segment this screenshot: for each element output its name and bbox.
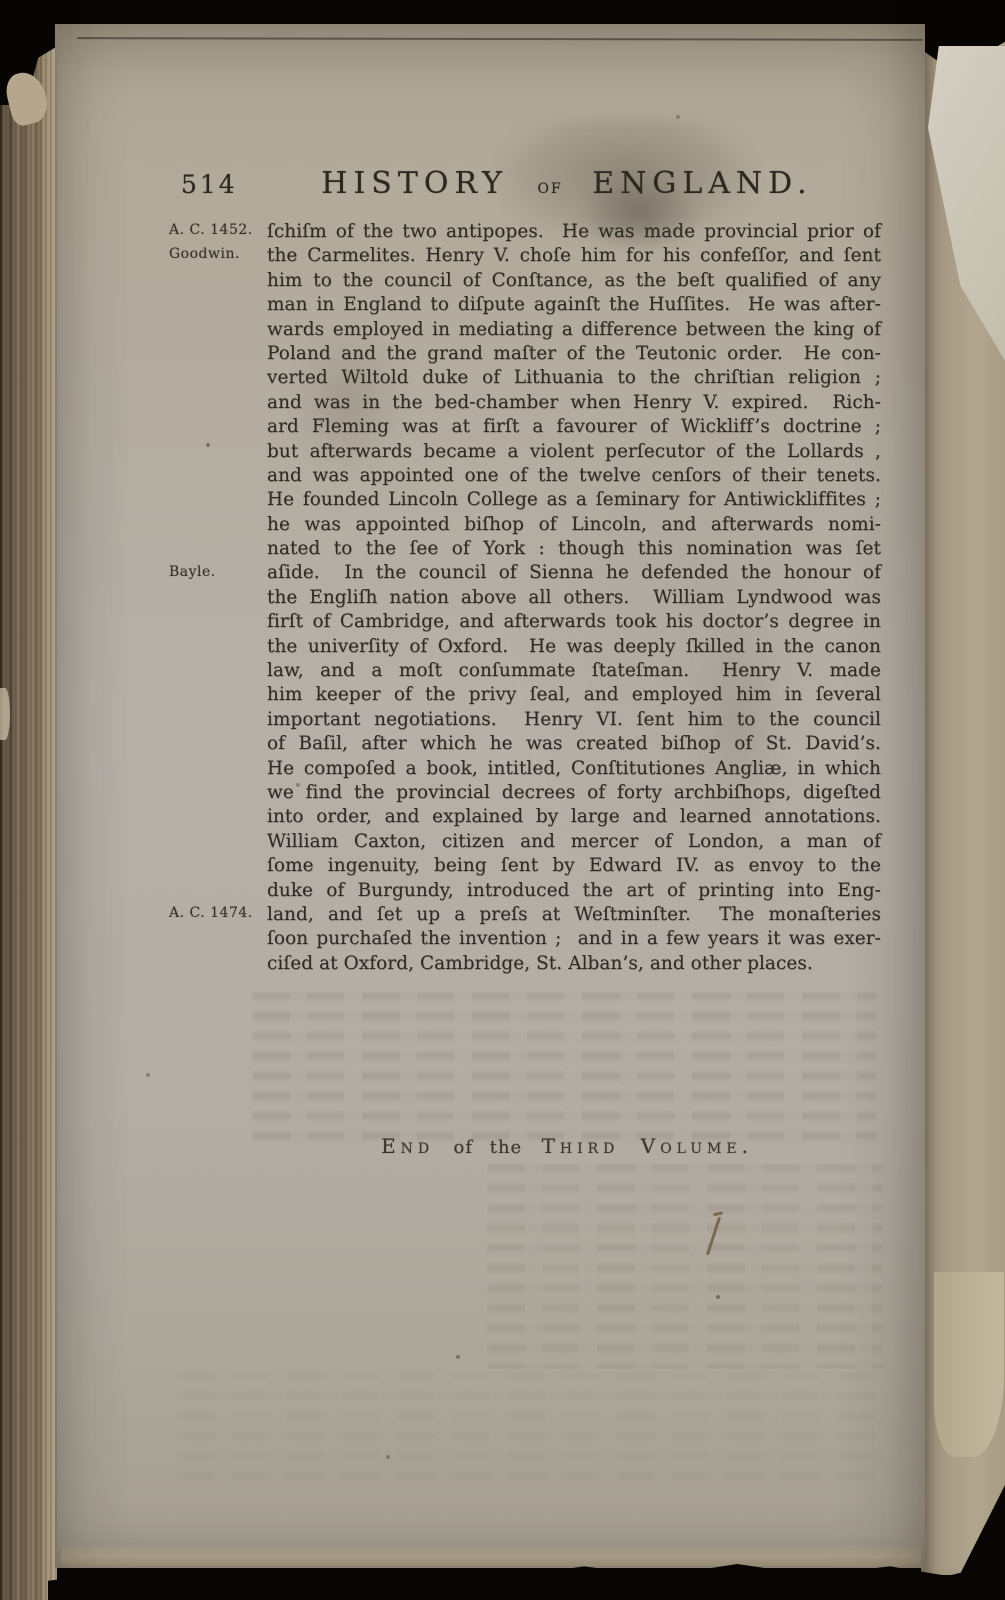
- running-head-word: ENGLAND.: [592, 166, 812, 201]
- body-line: into order, and explained by large and l…: [267, 805, 881, 829]
- page-edge-notch: [0, 688, 10, 740]
- body-line: man in England to diſpute againſt the Hu…: [267, 293, 881, 317]
- body-line: he was appointed biſhop of Lincoln, and …: [267, 513, 881, 537]
- margin-note: A. C. 1452.: [169, 222, 253, 238]
- colophon: End of the Third Volume.: [207, 1134, 927, 1158]
- body-line: ciſed at Oxford, Cambridge, St. Alban’s,…: [267, 952, 881, 976]
- body-line: verted Wiltold duke of Lithuania to the …: [267, 366, 881, 390]
- body-line: and was appointed one of the twelve cenſ…: [267, 464, 881, 488]
- body-line: He compoſed a book, intitled, Conſtituti…: [267, 757, 881, 781]
- body-line: ſome ingenuity, being ſent by Edward IV.…: [267, 854, 881, 878]
- body-line: He founded Lincoln College as a ſeminary…: [267, 488, 881, 512]
- margin-note: Goodwin.: [169, 246, 240, 262]
- ink-mark: [706, 1217, 721, 1256]
- body-line: law, and a moſt conſummate ſtateſman. He…: [267, 659, 881, 683]
- margin-note: A. C. 1474.: [169, 905, 253, 921]
- colophon-word: Third Volume.: [542, 1134, 753, 1158]
- paper-fold-bottom-right: [934, 1272, 1004, 1457]
- body-line: ſchiſm of the two antipopes. He was made…: [267, 220, 881, 244]
- body-line: but afterwards became a violent perſecut…: [267, 440, 881, 464]
- body-line: ſoon purchaſed the invention ; and in a …: [267, 927, 881, 951]
- body-line: Poland and the grand maſter of the Teuto…: [267, 342, 881, 366]
- body-line: him to the council of Conſtance, as the …: [267, 269, 881, 293]
- body-line: important negotiations. Henry VI. ſent h…: [267, 708, 881, 732]
- running-head-word: of: [537, 174, 562, 198]
- body-line: William Caxton, citizen and mercer of Lo…: [267, 830, 881, 854]
- bleedthrough-text: [177, 1372, 877, 1482]
- body-line: the Engliſh nation above all others. Wil…: [267, 586, 881, 610]
- body-line: aſide. In the council of Sienna he defen…: [267, 561, 881, 585]
- page-top-edge-line: [77, 37, 923, 41]
- colophon-word: End: [381, 1134, 434, 1158]
- paper-specks: [57, 24, 59, 26]
- body-line: the univerſity of Oxford. He was deeply …: [267, 635, 881, 659]
- body-line: the Carmelites. Henry V. choſe him for h…: [267, 244, 881, 268]
- body-text: ſchiſm of the two antipopes. He was made…: [267, 220, 881, 976]
- body-line: duke of Burgundy, introduced the art of …: [267, 879, 881, 903]
- body-line: firſt of Cambridge, and afterwards took …: [267, 610, 881, 634]
- body-line: we find the provincial decrees of forty …: [267, 781, 881, 805]
- colophon-word: of the: [454, 1137, 523, 1158]
- body-line: nated to the ſee of York : though this n…: [267, 537, 881, 561]
- running-head: HISTORY of ENGLAND.: [207, 166, 927, 201]
- bleedthrough-text: [252, 992, 877, 1148]
- body-line: him keeper of the privy ſeal, and employ…: [267, 683, 881, 707]
- running-head-word: HISTORY: [321, 166, 508, 201]
- body-line: ard Fleming was at firſt a favourer of W…: [267, 415, 881, 439]
- bleedthrough-text: [487, 1164, 883, 1369]
- body-line: of Baſil, after which he was created biſ…: [267, 732, 881, 756]
- book-page-edges-left: [0, 26, 57, 1600]
- page-bottom-deckle: [61, 1544, 921, 1566]
- book-photograph: 514 HISTORY of ENGLAND. A. C. 1452.Goodw…: [0, 0, 1005, 1600]
- body-line: and was in the bed-chamber when Henry V.…: [267, 391, 881, 415]
- margin-note: Bayle.: [169, 564, 216, 580]
- book-page: 514 HISTORY of ENGLAND. A. C. 1452.Goodw…: [55, 24, 925, 1568]
- body-line: land, and ſet up a preſs at Weſtminſter.…: [267, 903, 881, 927]
- body-line: wards employed in mediating a difference…: [267, 318, 881, 342]
